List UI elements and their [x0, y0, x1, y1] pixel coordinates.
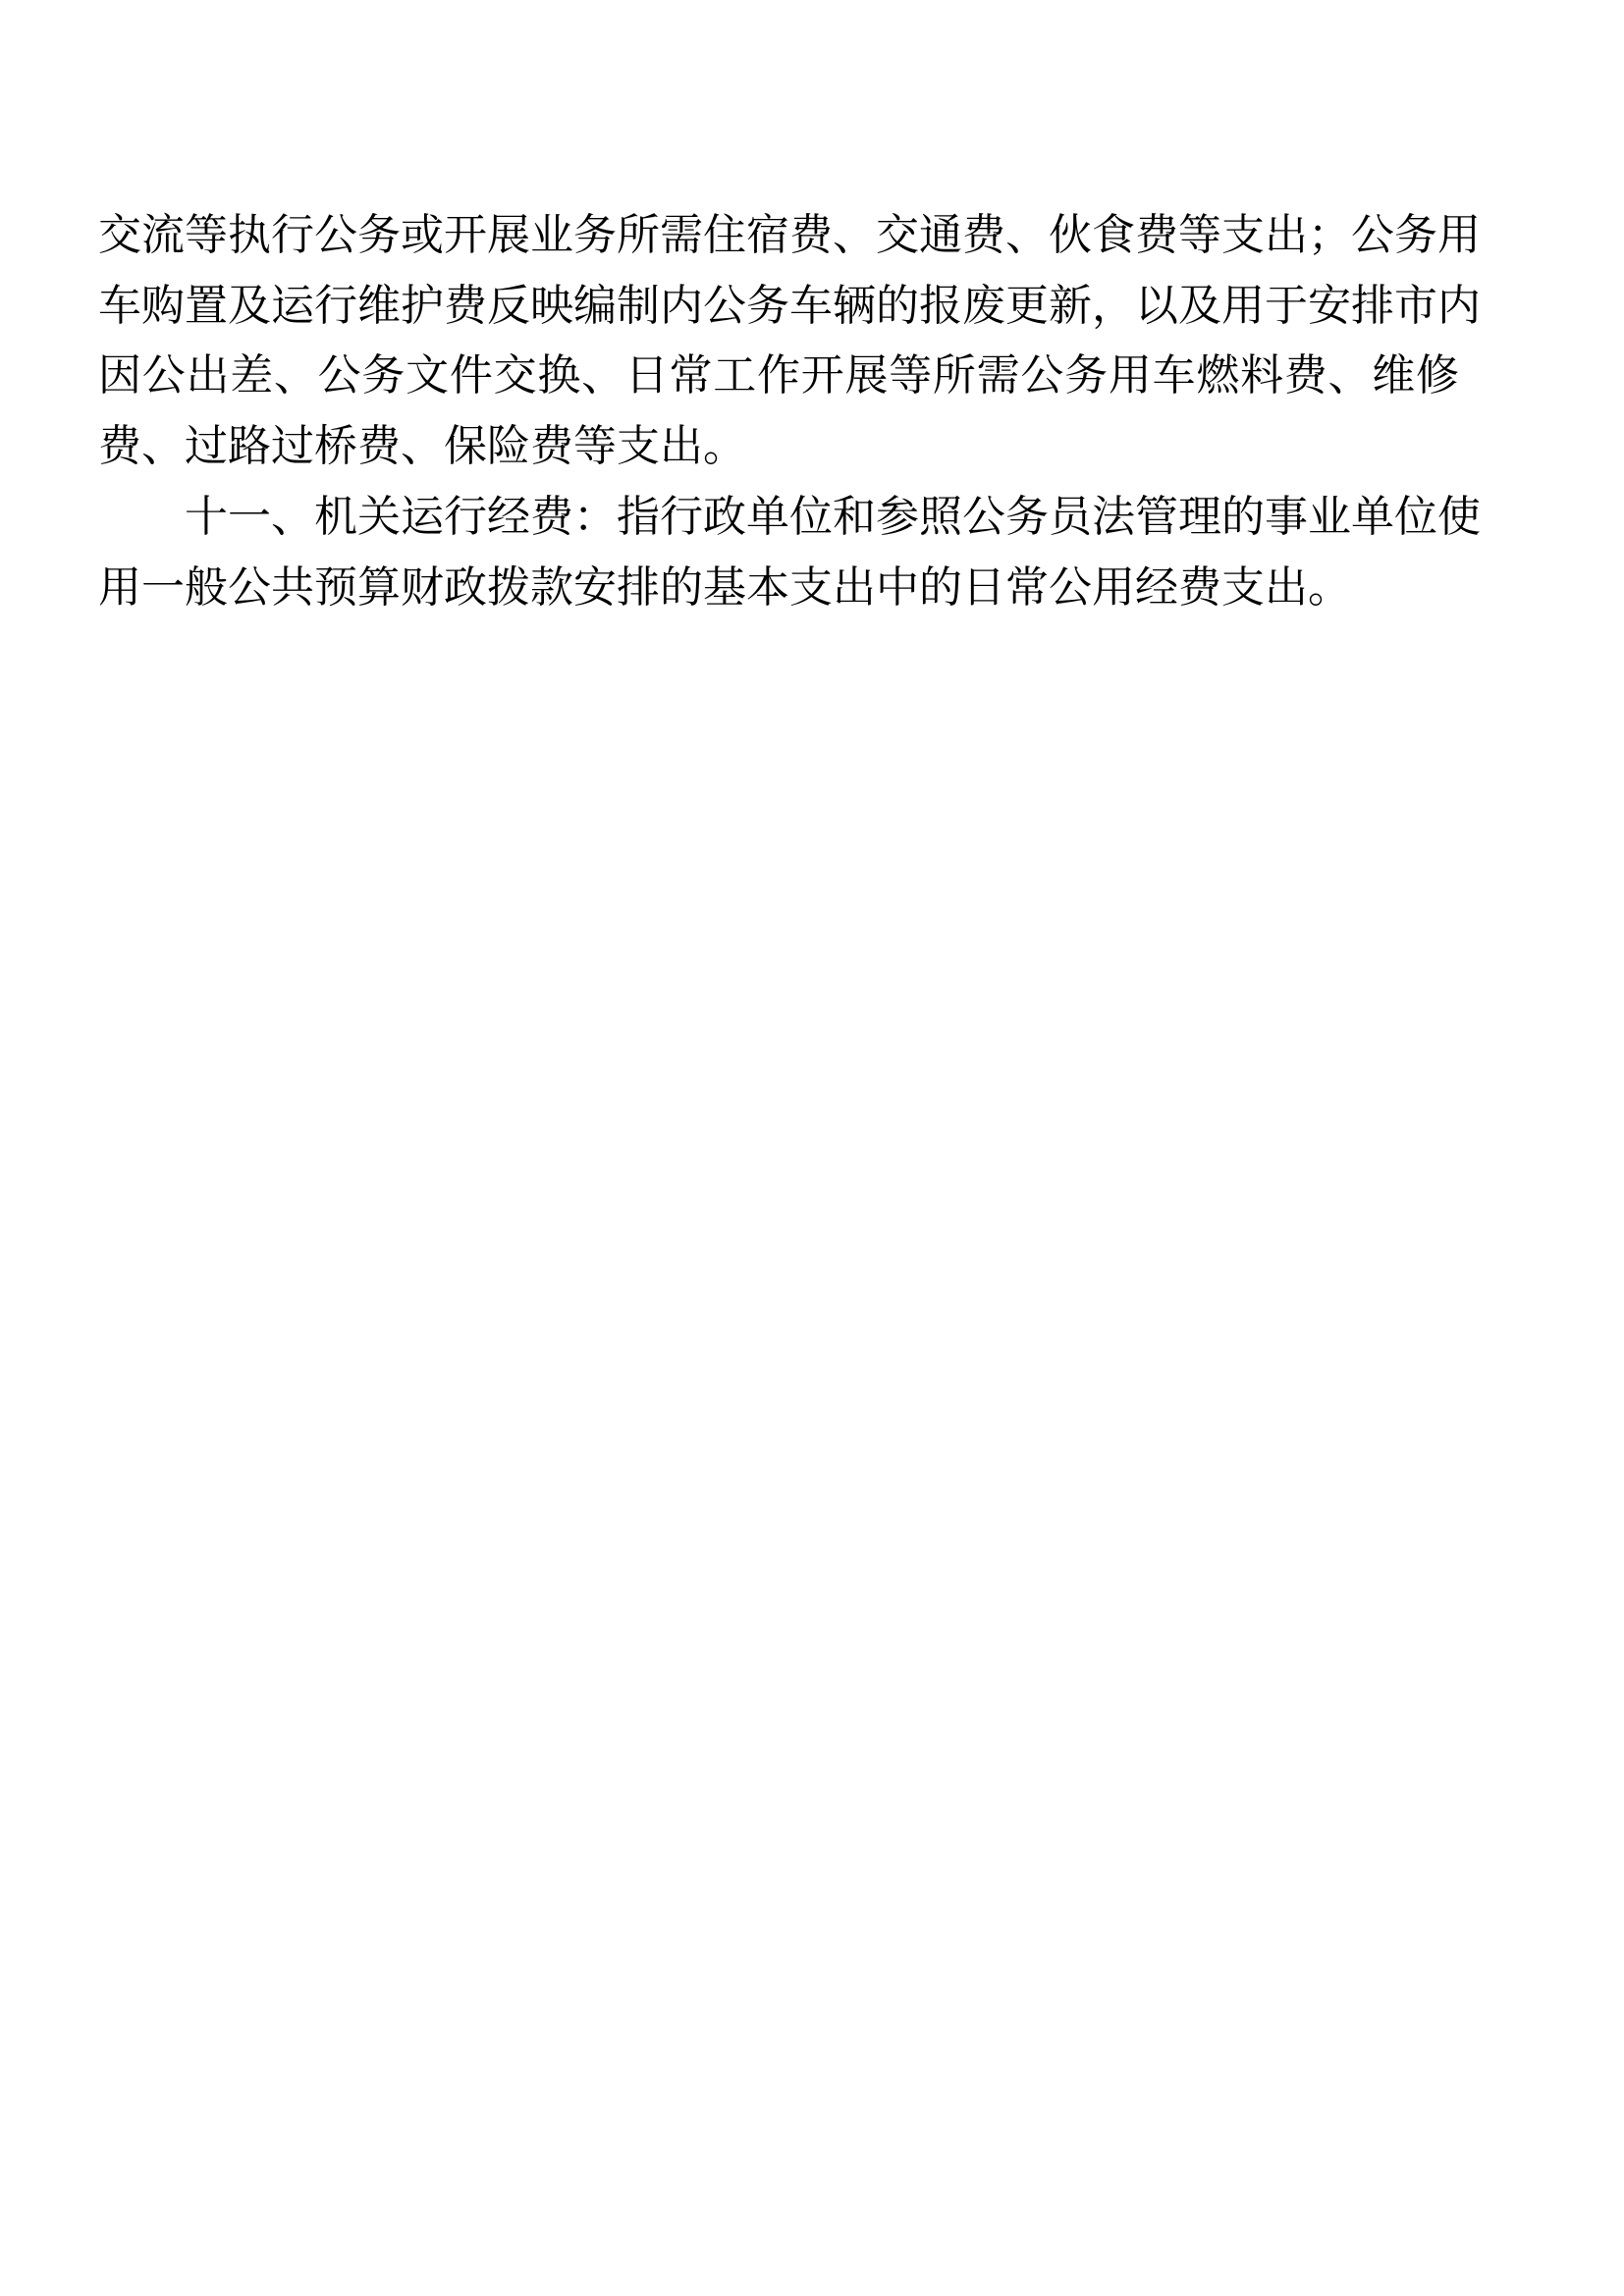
text-line: 用一般公共预算财政拨款安排的基本支出中的日常公用经费支出。 [98, 553, 1459, 623]
text-line: 交流等执行公务或开展业务所需住宿费、交通费、伙食费等支出；公务用 [98, 200, 1459, 271]
text-line: 因公出差、公务文件交换、日常工作开展等所需公务用车燃料费、维修 [98, 341, 1459, 411]
text-line: 十一、机关运行经费：指行政单位和参照公务员法管理的事业单位使 [98, 482, 1459, 553]
text-line: 车购置及运行维护费反映编制内公务车辆的报废更新，以及用于安排市内 [98, 271, 1459, 342]
paragraph: 十一、机关运行经费：指行政单位和参照公务员法管理的事业单位使用一般公共预算财政拨… [98, 482, 1459, 622]
text-line: 费、过路过桥费、保险费等支出。 [98, 411, 1459, 482]
paragraph: 交流等执行公务或开展业务所需住宿费、交通费、伙食费等支出；公务用车购置及运行维护… [98, 200, 1459, 482]
document-page: 交流等执行公务或开展业务所需住宿费、交通费、伙食费等支出；公务用车购置及运行维护… [0, 0, 1624, 2296]
document-text: 交流等执行公务或开展业务所需住宿费、交通费、伙食费等支出；公务用车购置及运行维护… [98, 200, 1459, 622]
